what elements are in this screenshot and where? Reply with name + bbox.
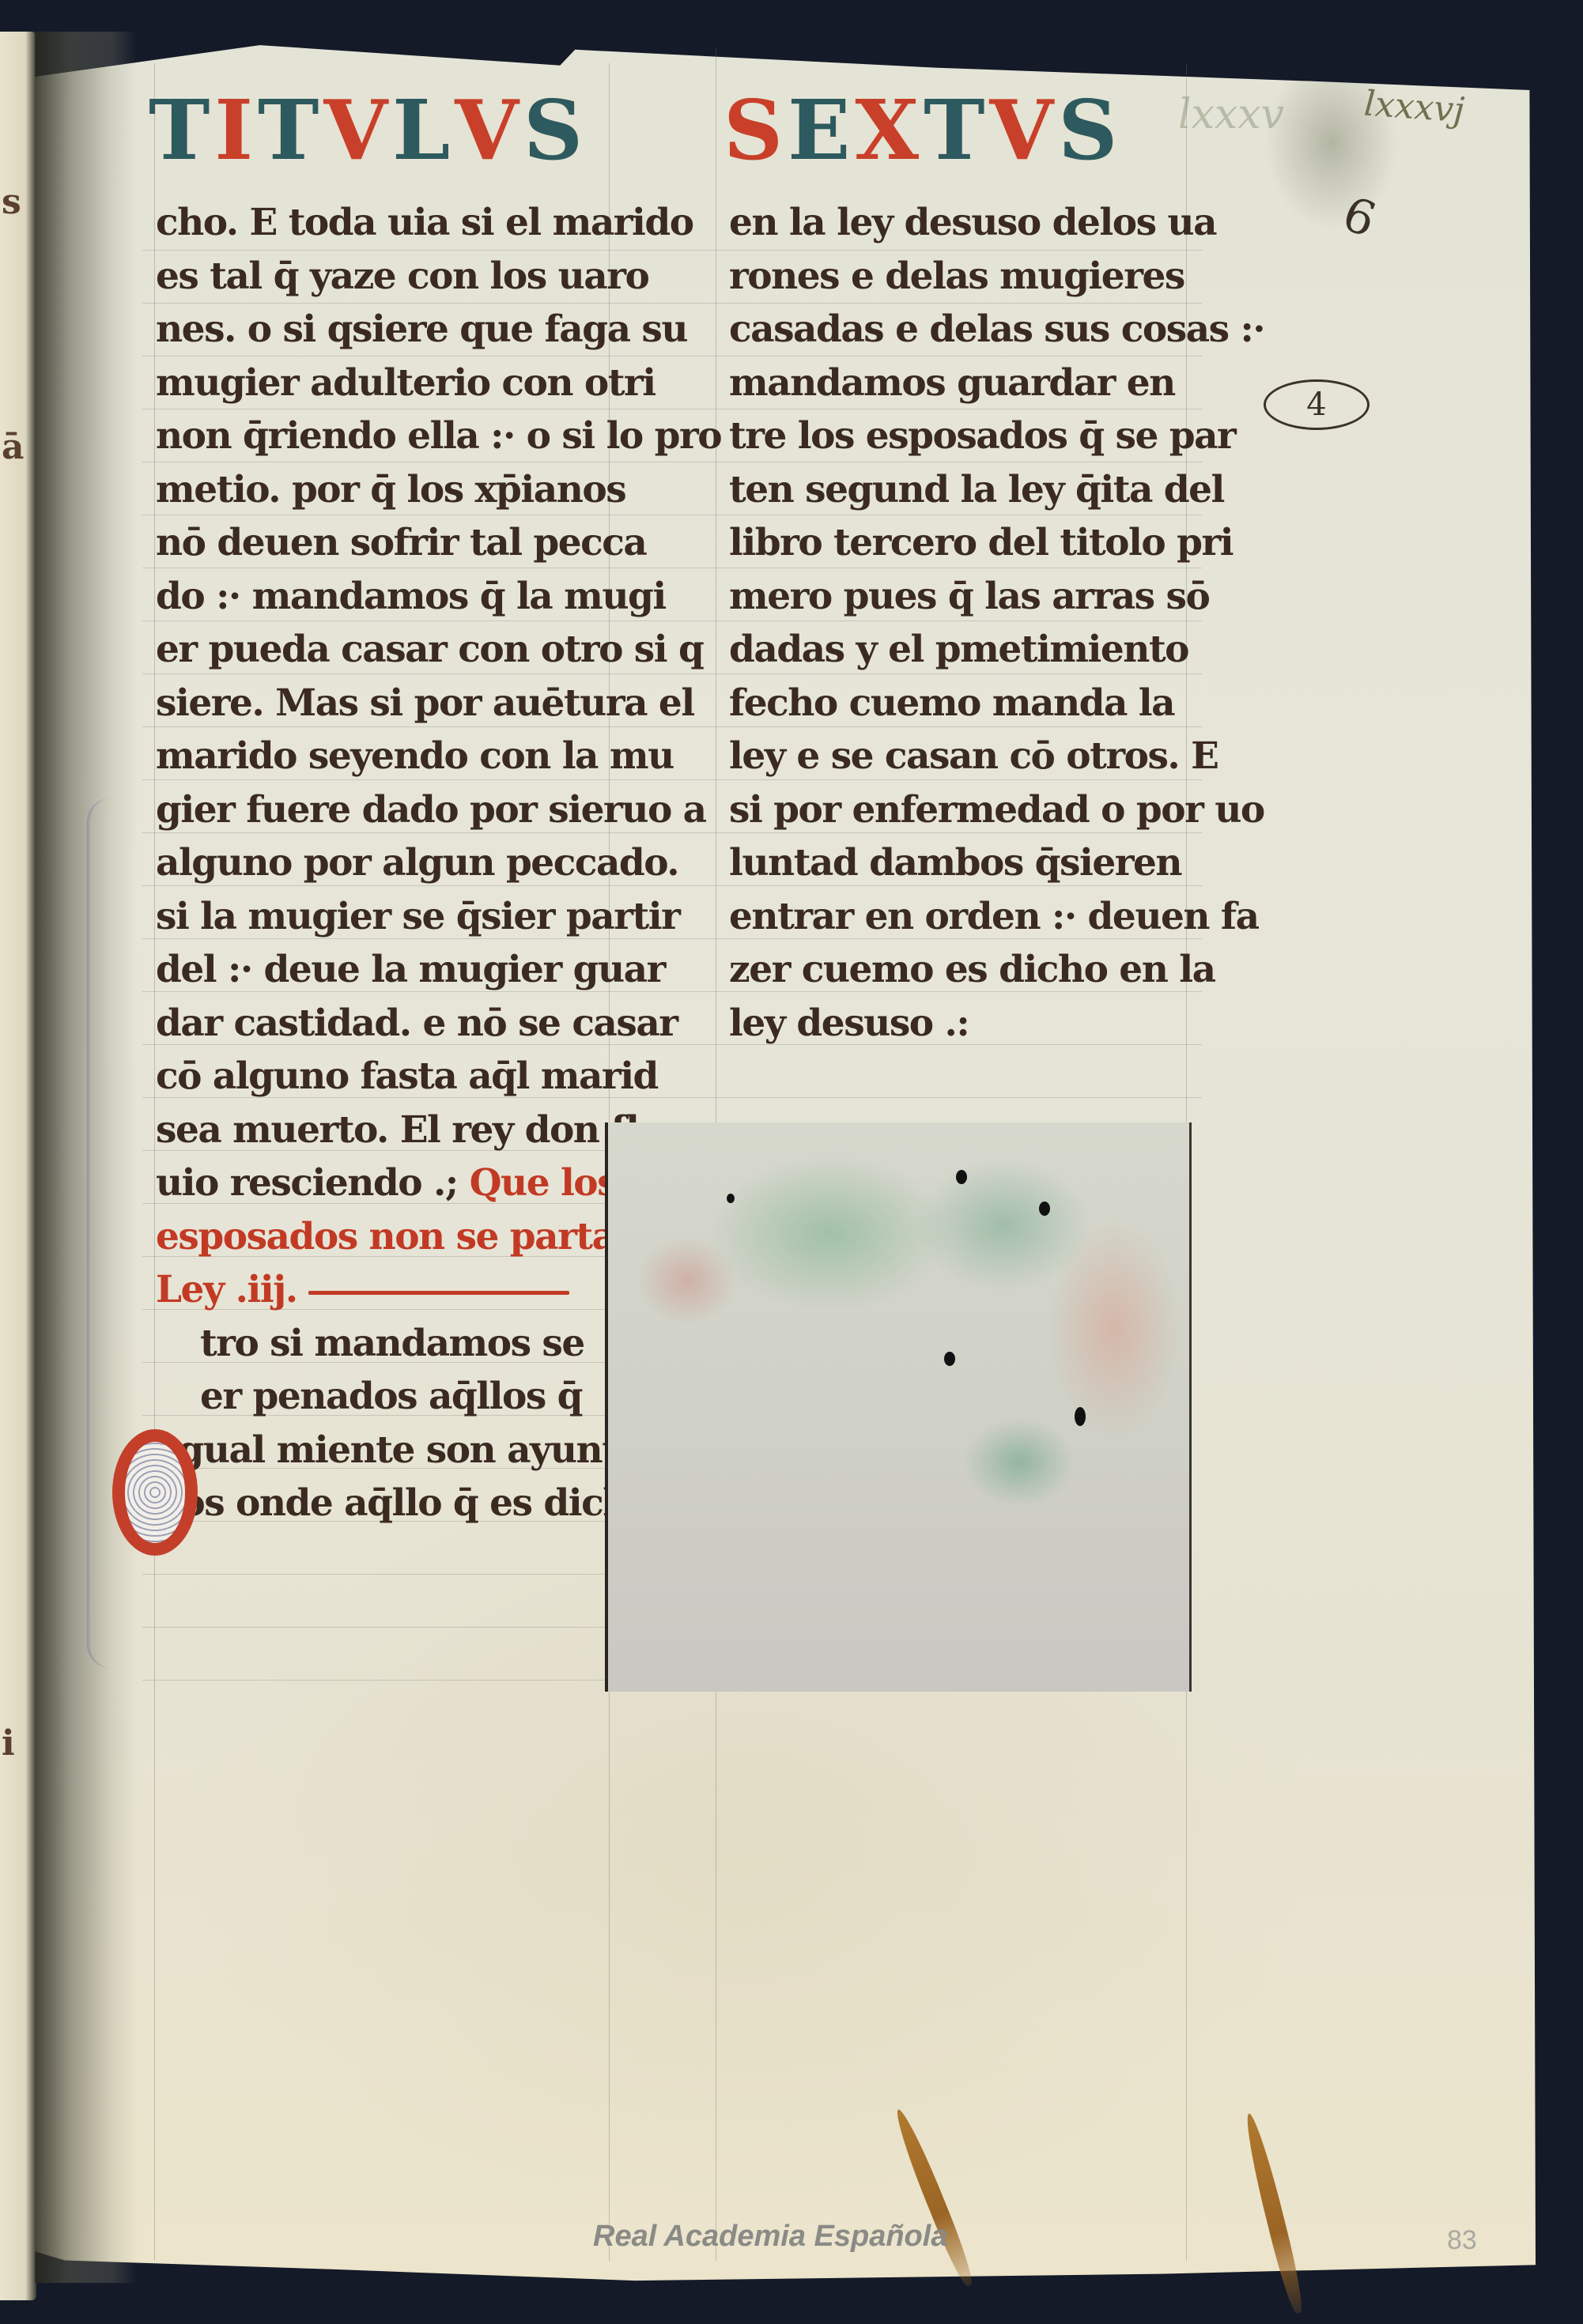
text-span: uio resciendo .; bbox=[156, 1161, 458, 1205]
running-head-left: TITVLVS bbox=[149, 83, 587, 178]
facing-page-fragment: i bbox=[2, 1723, 15, 1764]
text-line: dar castidad. e nō se casar bbox=[156, 997, 721, 1051]
watermark: Real Academia Española bbox=[593, 2220, 947, 2254]
text-line: metio. por q̄ los xp̄ianos bbox=[156, 463, 721, 517]
text-line: rones e delas mugieres bbox=[729, 250, 1264, 304]
right-column: en la ley desuso delos ua rones e delas … bbox=[729, 196, 1264, 1050]
text-line: marido seyendo con la mu bbox=[156, 730, 721, 783]
heading-letter: T bbox=[258, 83, 323, 178]
text-line: entrar en orden :· deuen fa bbox=[729, 890, 1264, 944]
heading-letter: V bbox=[455, 83, 523, 178]
text-line: tre los esposados q̄ se par bbox=[729, 409, 1264, 463]
heading-letter: S bbox=[523, 83, 587, 178]
decorated-initial-o bbox=[112, 1429, 198, 1556]
heading-letter: T bbox=[924, 83, 989, 178]
text-line: nō deuen sofrir tal pecca bbox=[156, 516, 721, 570]
heading-letter: E bbox=[788, 83, 855, 178]
foliation-number: lxxxvj bbox=[1362, 84, 1465, 131]
law-number: Ley .iij. bbox=[156, 1268, 297, 1311]
text-line: mugier adulterio con otri bbox=[156, 357, 721, 410]
page-number: 83 bbox=[1447, 2225, 1477, 2256]
text-line: ley e se casan cō otros. E bbox=[729, 730, 1264, 783]
rubric-rule bbox=[308, 1291, 569, 1295]
text-line: mandamos guardar en bbox=[729, 357, 1264, 410]
text-line: non q̄riendo ella :· o si lo pro bbox=[156, 409, 721, 463]
running-head-right: SEXTVS bbox=[723, 83, 1122, 178]
text-line: mero pues q̄ las arras sō bbox=[729, 570, 1264, 624]
text-line: er pueda casar con otro si q bbox=[156, 623, 721, 677]
heading-letter: T bbox=[149, 83, 214, 178]
text-line: ten segund la ley q̄ita del bbox=[729, 463, 1264, 517]
facing-page-edge: s ā i bbox=[0, 32, 36, 2300]
text-line: ley desuso .: bbox=[729, 997, 1264, 1051]
text-line: casadas e delas sus cosas :· bbox=[729, 303, 1264, 357]
heading-letter: V bbox=[323, 83, 392, 178]
facing-page-fragment: s bbox=[2, 182, 21, 222]
text-line: si la mugier se q̄sier partir bbox=[156, 890, 721, 944]
text-line: zer cuemo es dicho en la bbox=[729, 943, 1264, 997]
text-line: si por enfermedad o por uo bbox=[729, 783, 1264, 837]
text-line: libro tercero del titolo pri bbox=[729, 516, 1264, 570]
circled-number: 4 bbox=[1264, 379, 1370, 430]
gutter-shadow bbox=[35, 32, 138, 2283]
text-line: es tal q̄ yaze con los uaro bbox=[156, 250, 721, 304]
heading-letter: I bbox=[214, 83, 258, 178]
facing-page-fragment: ā bbox=[2, 427, 25, 467]
miniature-illustration bbox=[605, 1122, 1192, 1692]
text-line: en la ley desuso delos ua bbox=[729, 196, 1264, 250]
text-line: cō alguno fasta aq̄l marid bbox=[156, 1050, 721, 1104]
heading-letter: S bbox=[723, 83, 788, 178]
text-line: fecho cuemo manda la bbox=[729, 677, 1264, 730]
rubric-inline: Que los bbox=[470, 1161, 618, 1205]
heading-letter: V bbox=[989, 83, 1058, 178]
text-line: nes. o si qsiere que faga su bbox=[156, 303, 721, 357]
heading-letter: L bbox=[392, 83, 455, 178]
foliation-faint: lxxxv bbox=[1178, 91, 1284, 138]
text-line: siere. Mas si por auētura el bbox=[156, 677, 721, 730]
text-line: luntad dambos q̄sieren bbox=[729, 836, 1264, 890]
text-line: dadas y el pmetimiento bbox=[729, 623, 1264, 677]
text-line: alguno por algun peccado. bbox=[156, 836, 721, 890]
penwork-flourish bbox=[87, 798, 121, 1668]
heading-letter: X bbox=[855, 83, 924, 178]
text-line: cho. E toda uia si el marido bbox=[156, 196, 721, 250]
text-line: do :· mandamos q̄ la mugi bbox=[156, 570, 721, 624]
text-line: del :· deue la mugier guar bbox=[156, 943, 721, 997]
heading-letter: S bbox=[1058, 83, 1122, 178]
text-line: gier fuere dado por sieruo a bbox=[156, 783, 721, 837]
